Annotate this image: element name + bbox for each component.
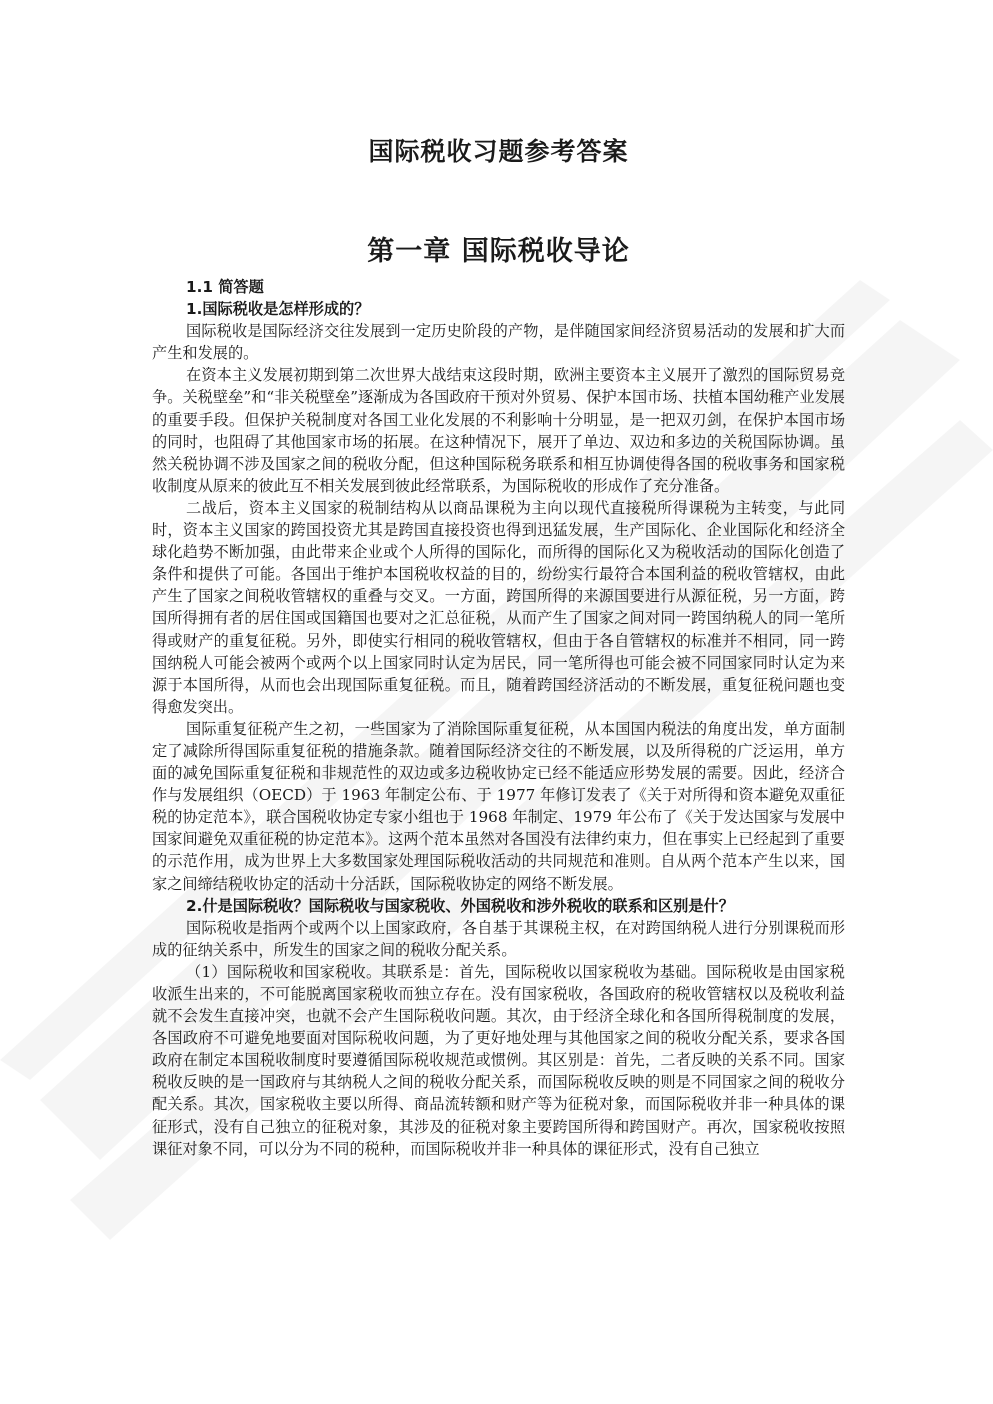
question-heading: 2.什是国际税收？国际税收与国家税收、外国税收和涉外税收的联系和区别是什？ [152,895,845,917]
paragraph: 国际税收是国际经济交往发展到一定历史阶段的产物，是伴随国家间经济贸易活动的发展和… [152,320,845,364]
chapter-title: 第一章 国际税收导论 [152,229,845,268]
paragraph: 国际税收是指两个或两个以上国家政府，各自基于其课税主权，在对跨国纳税人进行分别课… [152,917,845,961]
document-body: 1.1 简答题 1.国际税收是怎样形成的？ 国际税收是国际经济交往发展到一定历史… [152,276,845,1160]
section-heading: 1.1 简答题 [152,276,845,298]
paragraph: 在资本主义发展初期到第二次世界大战结束这段时期，欧洲主要资本主义展开了激烈的国际… [152,364,845,497]
paragraph: 二战后，资本主义国家的税制结构从以商品课税为主向以现代直接税所得课税为主转变，与… [152,497,845,718]
question-heading: 1.国际税收是怎样形成的？ [152,298,845,320]
document-title: 国际税收习题参考答案 [152,132,845,168]
paragraph: 国际重复征税产生之初，一些国家为了消除国际重复征税，从本国国内税法的角度出发，单… [152,718,845,895]
paragraph: （1）国际税收和国家税收。其联系是：首先，国际税收以国家税收为基础。国际税收是由… [152,961,845,1160]
